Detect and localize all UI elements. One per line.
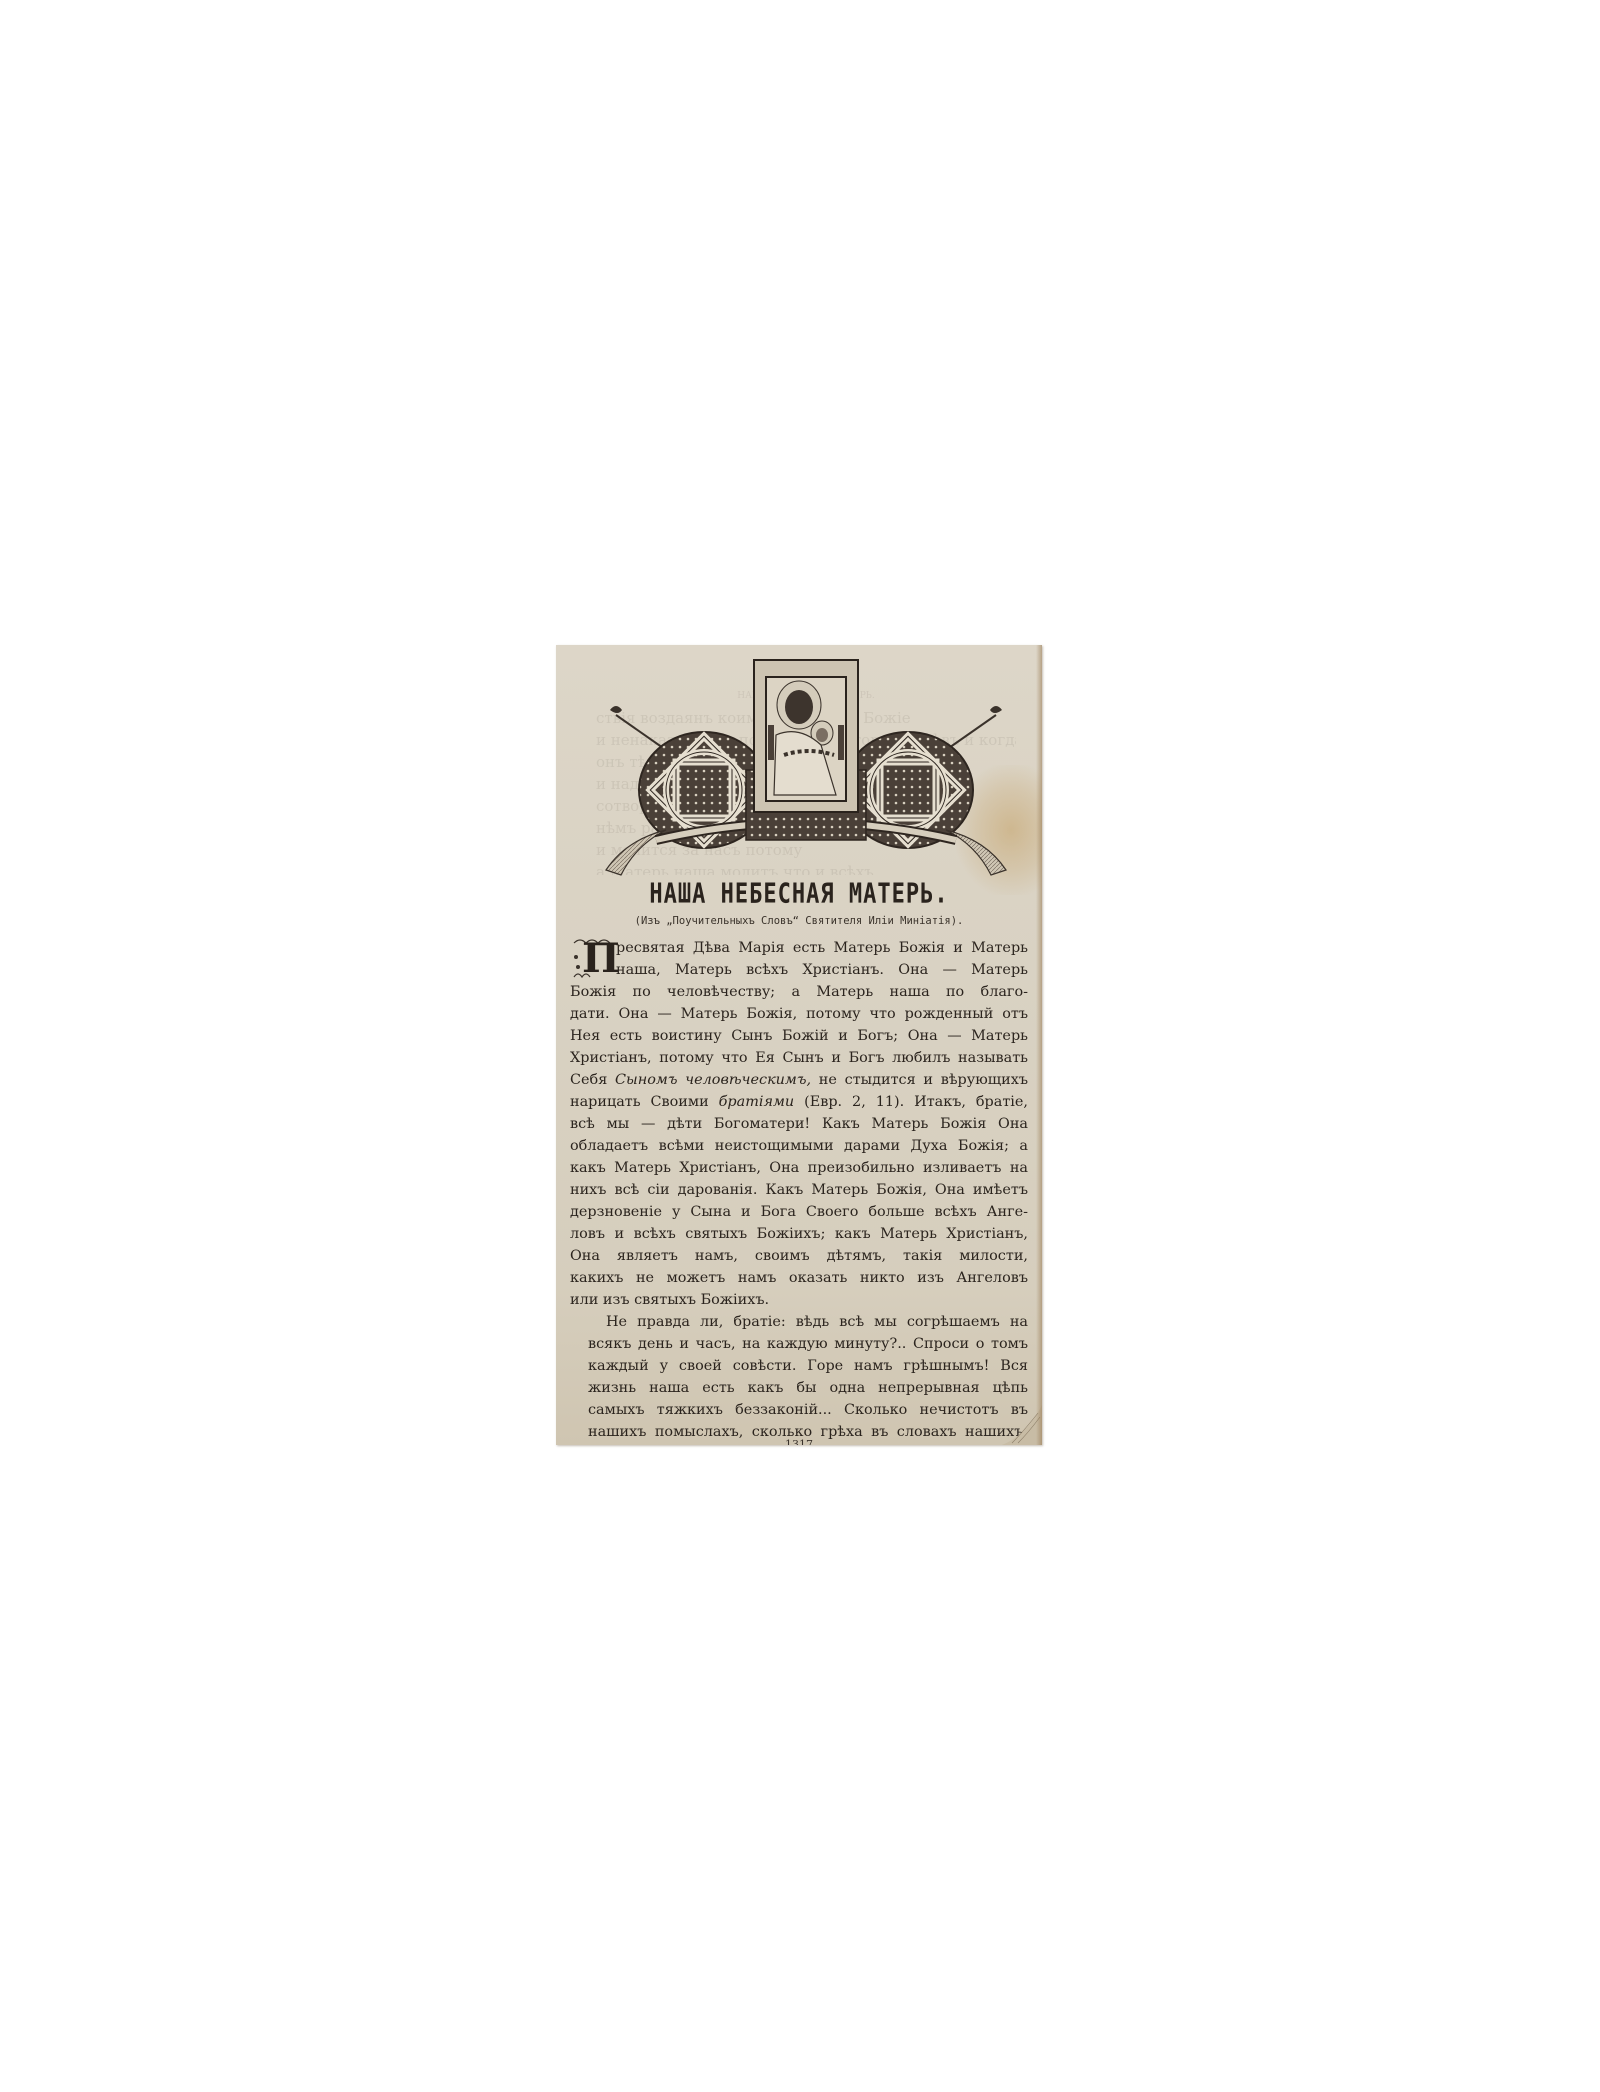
dropcap-letter: П xyxy=(582,939,620,979)
text-line: обладаетъ всѣми неистощимыми дарами Духа… xyxy=(570,1135,1028,1157)
article-source: (Изъ „Поучительныхъ Словъ“ Святителя Илі… xyxy=(556,915,1042,927)
right-interlace-knot xyxy=(843,706,1006,875)
text-line: наша, Матерь всѣхъ Христіанъ. Она — Мате… xyxy=(570,959,1028,981)
paragraph: Не правда ли, братіе: вѣдь всѣ мы согрѣш… xyxy=(570,1311,1028,1445)
virgin-and-child-icon xyxy=(754,660,858,812)
text-line: Христіанъ, потому что Ея Сынъ и Богъ люб… xyxy=(570,1047,1028,1069)
text-line: дати. Она — Матерь Божія, потому что рож… xyxy=(570,1003,1028,1025)
text-line: Она являетъ намъ, своимъ дѣтямъ, такія м… xyxy=(570,1245,1028,1267)
dropcap: П xyxy=(570,937,612,981)
paragraphs: ресвятая Дѣва Марія есть Матерь Божія и … xyxy=(570,937,1028,1445)
text-line: или изъ святыхъ Божіихъ. xyxy=(570,1289,1028,1311)
text-line: какихъ не можетъ намъ оказать никто изъ … xyxy=(570,1267,1028,1289)
text-line: нихъ всѣ сіи дарованія. Какъ Матерь Божі… xyxy=(570,1179,1028,1201)
book-page: НАША НЕБЕСНАЯ МАТЕРЬ. ствія воздаянъ кои… xyxy=(556,645,1042,1445)
text-line: самыхъ тяжкихъ беззаконій... Сколько неч… xyxy=(570,1399,1028,1421)
text-line: дерзновеніе у Сына и Бога Своего больше … xyxy=(570,1201,1028,1223)
text-line: Нея есть воистину Сынъ Божій и Богъ; Она… xyxy=(570,1025,1028,1047)
headpiece-ornament xyxy=(596,655,1016,880)
text-line: всѣ мы — дѣти Богоматери! Какъ Матерь Бо… xyxy=(570,1113,1028,1135)
text-line: Божія по человѣчеству; а Матерь наша по … xyxy=(570,981,1028,1003)
text-line: ресвятая Дѣва Марія есть Матерь Божія и … xyxy=(570,937,1028,959)
text-line: ловъ и всѣхъ святыхъ Божіихъ; какъ Матер… xyxy=(570,1223,1028,1245)
paragraph: ресвятая Дѣва Марія есть Матерь Божія и … xyxy=(570,937,1028,1311)
text-line: каждый у своей совѣсти. Горе намъ грѣшны… xyxy=(570,1355,1028,1377)
text-line: Не правда ли, братіе: вѣдь всѣ мы согрѣш… xyxy=(570,1311,1028,1333)
page-number: 1317 xyxy=(556,1438,1042,1445)
text-line: жизнь наша есть какъ бы одна непрерывная… xyxy=(570,1377,1028,1399)
text-line: Себя Сыномъ человѣческимъ, не стыдится и… xyxy=(570,1069,1028,1091)
left-interlace-knot xyxy=(606,706,769,875)
text-line: всякъ день и часъ, на каждую минуту?.. С… xyxy=(570,1333,1028,1355)
article-body: П ресвятая Дѣва Марія есть Матерь Божія … xyxy=(570,937,1028,1445)
text-line: какъ Матерь Христіанъ, Она преизобильно … xyxy=(570,1157,1028,1179)
article-title: НАША НЕБЕСНАЯ МАТЕРЬ. xyxy=(556,879,1042,910)
text-line: нарицать Своими братіями (Евр. 2, 11). И… xyxy=(570,1091,1028,1113)
